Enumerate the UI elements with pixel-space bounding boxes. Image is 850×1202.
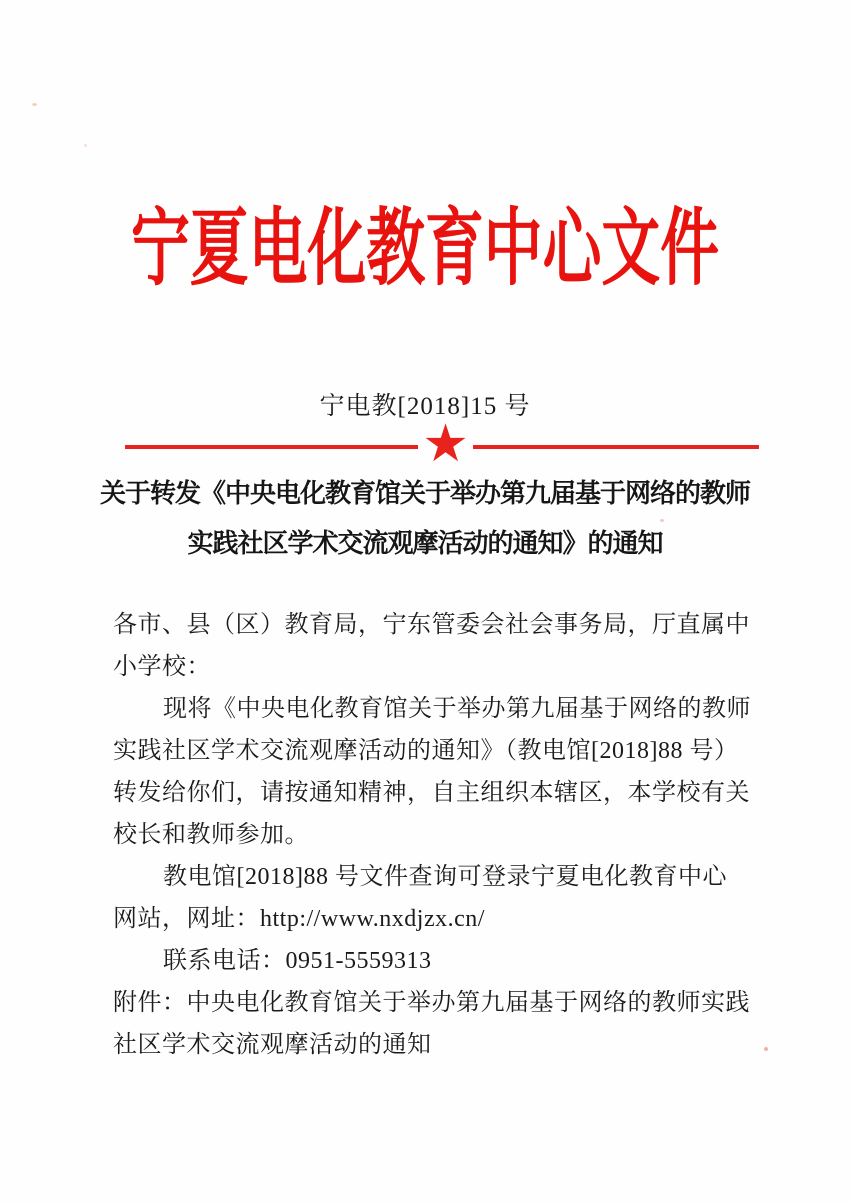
body-line-attachment: 社区学术交流观摩活动的通知 (113, 1024, 759, 1066)
red-divider: ★ (125, 424, 759, 470)
notice-title-line1: 关于转发《中央电化教育馆关于举办第九届基于网络的教师 (0, 468, 850, 518)
body-line-attachment: 附件：中央电化教育馆关于举办第九届基于网络的教师实践 (113, 982, 759, 1024)
notice-body: 各市、县（区）教育局，宁东管委会社会事务局，厅直属中 小学校： 现将《中央电化教… (113, 604, 759, 1066)
star-icon: ★ (422, 421, 469, 467)
scan-speck (32, 103, 37, 106)
scan-speck (660, 519, 664, 522)
scan-speck (84, 144, 87, 147)
body-line: 小学校： (113, 646, 759, 688)
body-line: 现将《中央电化教育馆关于举办第九届基于网络的教师 (113, 688, 759, 730)
notice-title: 关于转发《中央电化教育馆关于举办第九届基于网络的教师 实践社区学术交流观摩活动的… (0, 468, 850, 568)
body-line: 实践社区学术交流观摩活动的通知》（教电馆[2018]88 号） (113, 730, 759, 772)
body-line: 转发给你们，请按通知精神，自主组织本辖区，本学校有关 (113, 772, 759, 814)
divider-line-left (125, 445, 418, 449)
divider-line-right (473, 445, 759, 449)
scan-speck (764, 1047, 768, 1051)
org-title-text: 宁夏电化教育中心文件 (131, 200, 719, 300)
body-line-phone: 联系电话：0951-5559313 (113, 940, 759, 982)
body-line: 教电馆[2018]88 号文件查询可登录宁夏电化教育中心 (113, 856, 759, 898)
body-line-website: 网站，网址：http://www.nxdjzx.cn/ (113, 898, 759, 940)
notice-title-line2: 实践社区学术交流观摩活动的通知》的通知 (0, 518, 850, 568)
body-line: 各市、县（区）教育局，宁东管委会社会事务局，厅直属中 (113, 604, 759, 646)
document-header-title: 宁夏电化教育中心文件 (0, 200, 850, 300)
document-page: 宁夏电化教育中心文件 宁电教[2018]15 号 ★ 关于转发《中央电化教育馆关… (0, 0, 850, 1202)
body-line: 校长和教师参加。 (113, 814, 759, 856)
